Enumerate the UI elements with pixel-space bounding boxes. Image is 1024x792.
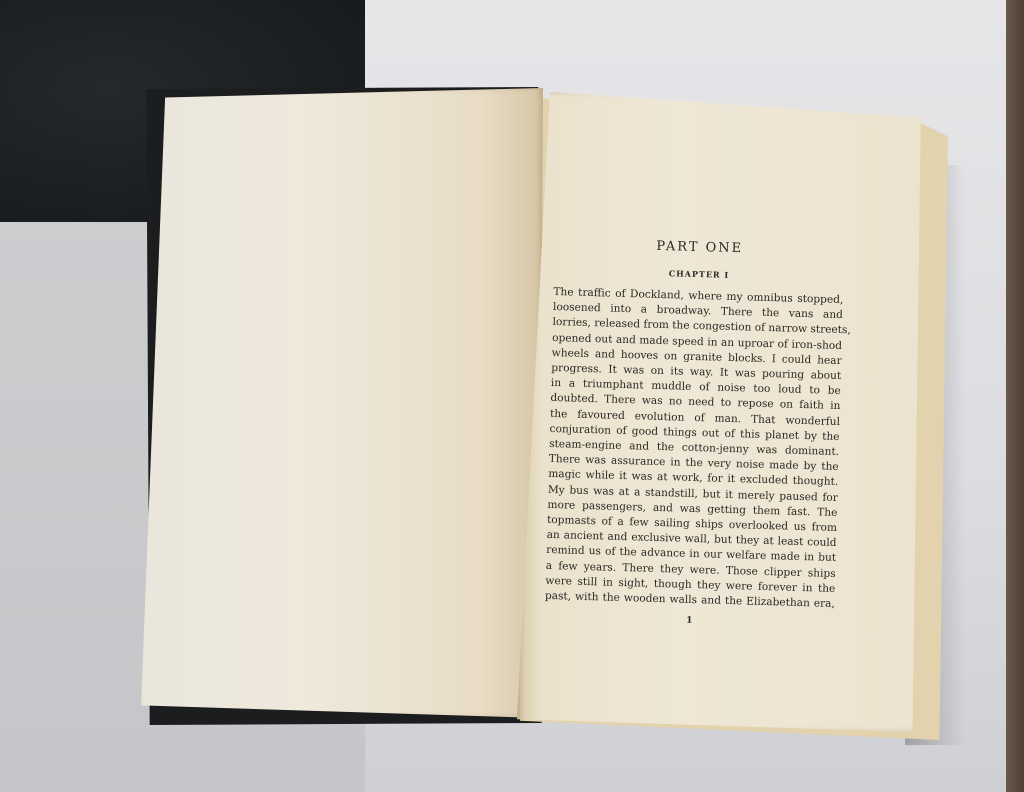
left-page-blank bbox=[141, 88, 543, 718]
wooden-edge bbox=[1006, 0, 1024, 792]
body-text: The traffic of Dockland, where my omnibu… bbox=[545, 285, 844, 612]
page-text: PART ONE CHAPTER I The traffic of Dockla… bbox=[544, 236, 845, 630]
chapter-title: CHAPTER I bbox=[554, 265, 844, 283]
